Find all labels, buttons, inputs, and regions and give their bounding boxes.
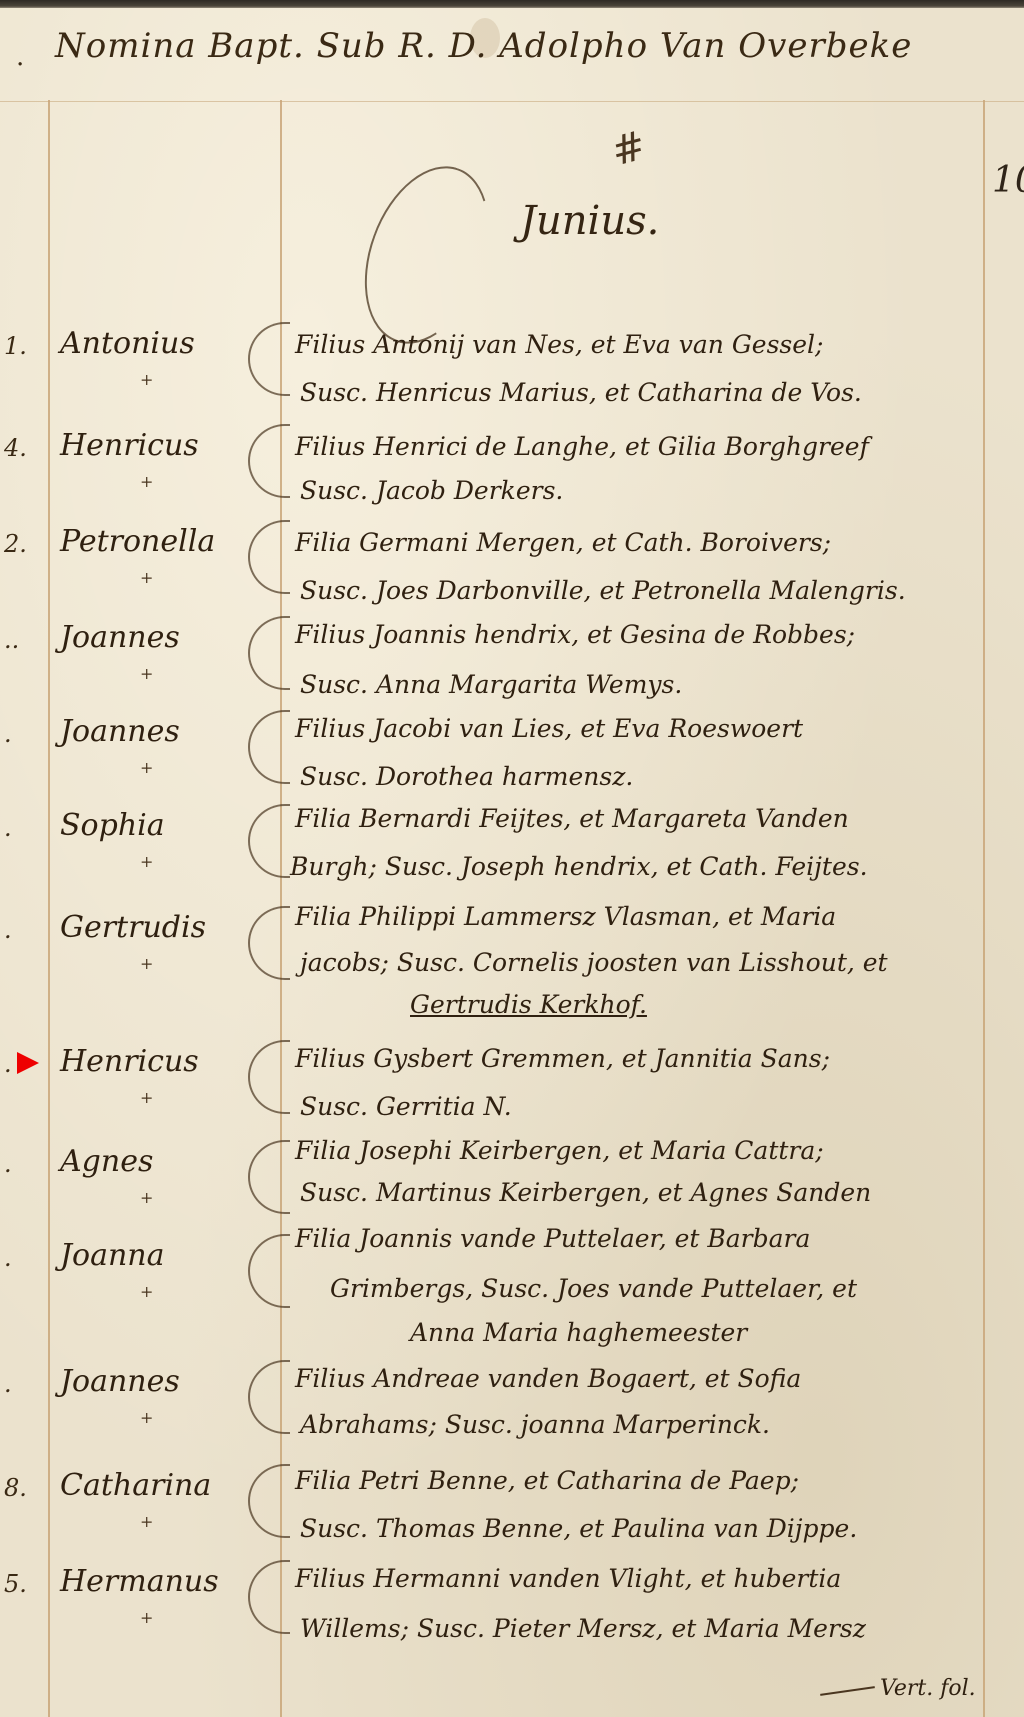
baptized-name: Hermanus <box>60 1564 219 1599</box>
baptized-name: Joannes <box>60 714 180 749</box>
entry-parents: Filius Hermanni vanden Vlight, et hubert… <box>295 1564 841 1593</box>
entry-number: . <box>4 1150 12 1178</box>
brace-flourish <box>248 616 290 690</box>
folio-number: 10 <box>992 160 1024 201</box>
brace-flourish <box>248 1140 290 1214</box>
entry-parents: Filia Josephi Keirbergen, et Maria Cattr… <box>295 1136 824 1165</box>
brace-flourish <box>248 1560 290 1634</box>
entry-sponsors: Susc. Anna Margarita Wemys. <box>300 670 682 699</box>
baptized-name: Catharina <box>60 1468 211 1503</box>
cross-icon: + <box>140 1408 153 1427</box>
baptized-name: Joanna <box>60 1238 165 1273</box>
entry-sponsors-continued: Anna Maria haghemeester <box>410 1318 747 1347</box>
entry-sponsors: Burgh; Susc. Joseph hendrix, et Cath. Fe… <box>290 852 868 881</box>
entry-sponsors: Susc. Henricus Marius, et Catharina de V… <box>300 378 862 407</box>
page-title: Nomina Bapt. Sub R. D. Adolpho Van Overb… <box>55 26 1015 66</box>
brace-flourish <box>248 1464 290 1538</box>
entry-parents: Filia Philippi Lammersz Vlasman, et Mari… <box>295 902 836 931</box>
baptized-name: Henricus <box>60 1044 199 1079</box>
brace-flourish <box>248 906 290 980</box>
margin-rule-right <box>983 100 985 1717</box>
entry-parents: Filius Henrici de Langhe, et Gilia Borgh… <box>295 432 869 461</box>
header-rule <box>0 101 1024 102</box>
cross-icon: + <box>140 1512 153 1531</box>
brace-flourish <box>248 1040 290 1114</box>
header-leading-mark: . <box>16 42 24 72</box>
cross-icon: + <box>140 568 153 587</box>
baptized-name: Henricus <box>60 428 199 463</box>
cross-icon: + <box>140 370 153 389</box>
baptized-name: Antonius <box>60 326 195 361</box>
entry-number: 2. <box>4 530 27 558</box>
entry-number: 5. <box>4 1570 27 1598</box>
entry-number: . <box>4 1050 12 1078</box>
entry-sponsors: Grimbergs, Susc. Joes vande Puttelaer, e… <box>330 1274 857 1303</box>
cross-icon: + <box>140 1282 153 1301</box>
red-arrow-marker-icon <box>17 1052 39 1074</box>
entry-sponsors: Susc. Gerritia N. <box>300 1092 512 1121</box>
month-heading: Junius. <box>520 198 659 244</box>
entry-sponsors: Abrahams; Susc. joanna Marperinck. <box>300 1410 770 1439</box>
entry-sponsors: Susc. Thomas Benne, et Paulina van Dijpp… <box>300 1514 857 1543</box>
entry-sponsors: Susc. Jacob Derkers. <box>300 476 563 505</box>
baptized-name: Sophia <box>60 808 165 843</box>
entry-sponsors: Susc. Dorothea harmensz. <box>300 762 633 791</box>
margin-rule-left <box>48 100 50 1717</box>
entry-number: 8. <box>4 1474 27 1502</box>
entry-parents: Filius Jacobi van Lies, et Eva Roeswoert <box>295 714 803 743</box>
brace-flourish <box>248 520 290 594</box>
entry-parents: Filius Andreae vanden Bogaert, et Sofia <box>295 1364 801 1393</box>
brace-flourish <box>248 424 290 498</box>
page-turn-note: Vert. fol. <box>880 1676 976 1701</box>
entry-sponsors: Willems; Susc. Pieter Mersz, et Maria Me… <box>300 1614 866 1643</box>
cross-icon: + <box>140 1608 153 1627</box>
baptized-name: Joannes <box>60 620 180 655</box>
register-page: . Nomina Bapt. Sub R. D. Adolpho Van Ove… <box>0 8 1024 1717</box>
cross-icon: + <box>140 758 153 777</box>
cross-icon: + <box>140 1188 153 1207</box>
brace-flourish <box>248 322 290 396</box>
entry-parents: Filia Petri Benne, et Catharina de Paep; <box>295 1466 799 1495</box>
section-mark: # <box>607 122 651 175</box>
cross-icon: + <box>140 1088 153 1107</box>
entry-sponsors: Susc. Joes Darbonville, et Petronella Ma… <box>300 576 906 605</box>
entry-number: 1. <box>4 332 27 360</box>
brace-flourish <box>248 710 290 784</box>
entry-number: .. <box>4 626 19 654</box>
brace-flourish <box>248 1360 290 1434</box>
entry-number: . <box>4 916 12 944</box>
brace-flourish <box>248 804 290 878</box>
cross-icon: + <box>140 472 153 491</box>
entry-sponsors: jacobs; Susc. Cornelis joosten van Lissh… <box>300 948 888 977</box>
cross-icon: + <box>140 664 153 683</box>
baptized-name: Petronella <box>60 524 215 559</box>
entry-parents: Filius Joannis hendrix, et Gesina de Rob… <box>295 620 855 649</box>
baptized-name: Gertrudis <box>60 910 206 945</box>
entry-number: . <box>4 720 12 748</box>
entry-parents: Filius Antonij van Nes, et Eva van Gesse… <box>295 330 823 359</box>
baptized-name: Joannes <box>60 1364 180 1399</box>
entry-parents: Filius Gysbert Gremmen, et Jannitia Sans… <box>295 1044 830 1073</box>
entry-number: 4. <box>4 434 27 462</box>
cross-icon: + <box>140 954 153 973</box>
entry-number: . <box>4 1370 12 1398</box>
entry-parents: Filia Bernardi Feijtes, et Margareta Van… <box>295 804 849 833</box>
entry-number: . <box>4 1244 12 1272</box>
entry-parents: Filia Joannis vande Puttelaer, et Barbar… <box>295 1224 810 1253</box>
baptized-name: Agnes <box>60 1144 153 1179</box>
cross-icon: + <box>140 852 153 871</box>
entry-sponsors-continued: Gertrudis Kerkhof. <box>410 990 647 1019</box>
entry-number: . <box>4 814 12 842</box>
entry-parents: Filia Germani Mergen, et Cath. Boroivers… <box>295 528 831 557</box>
entry-sponsors: Susc. Martinus Keirbergen, et Agnes Sand… <box>300 1178 871 1207</box>
brace-flourish <box>248 1234 290 1308</box>
